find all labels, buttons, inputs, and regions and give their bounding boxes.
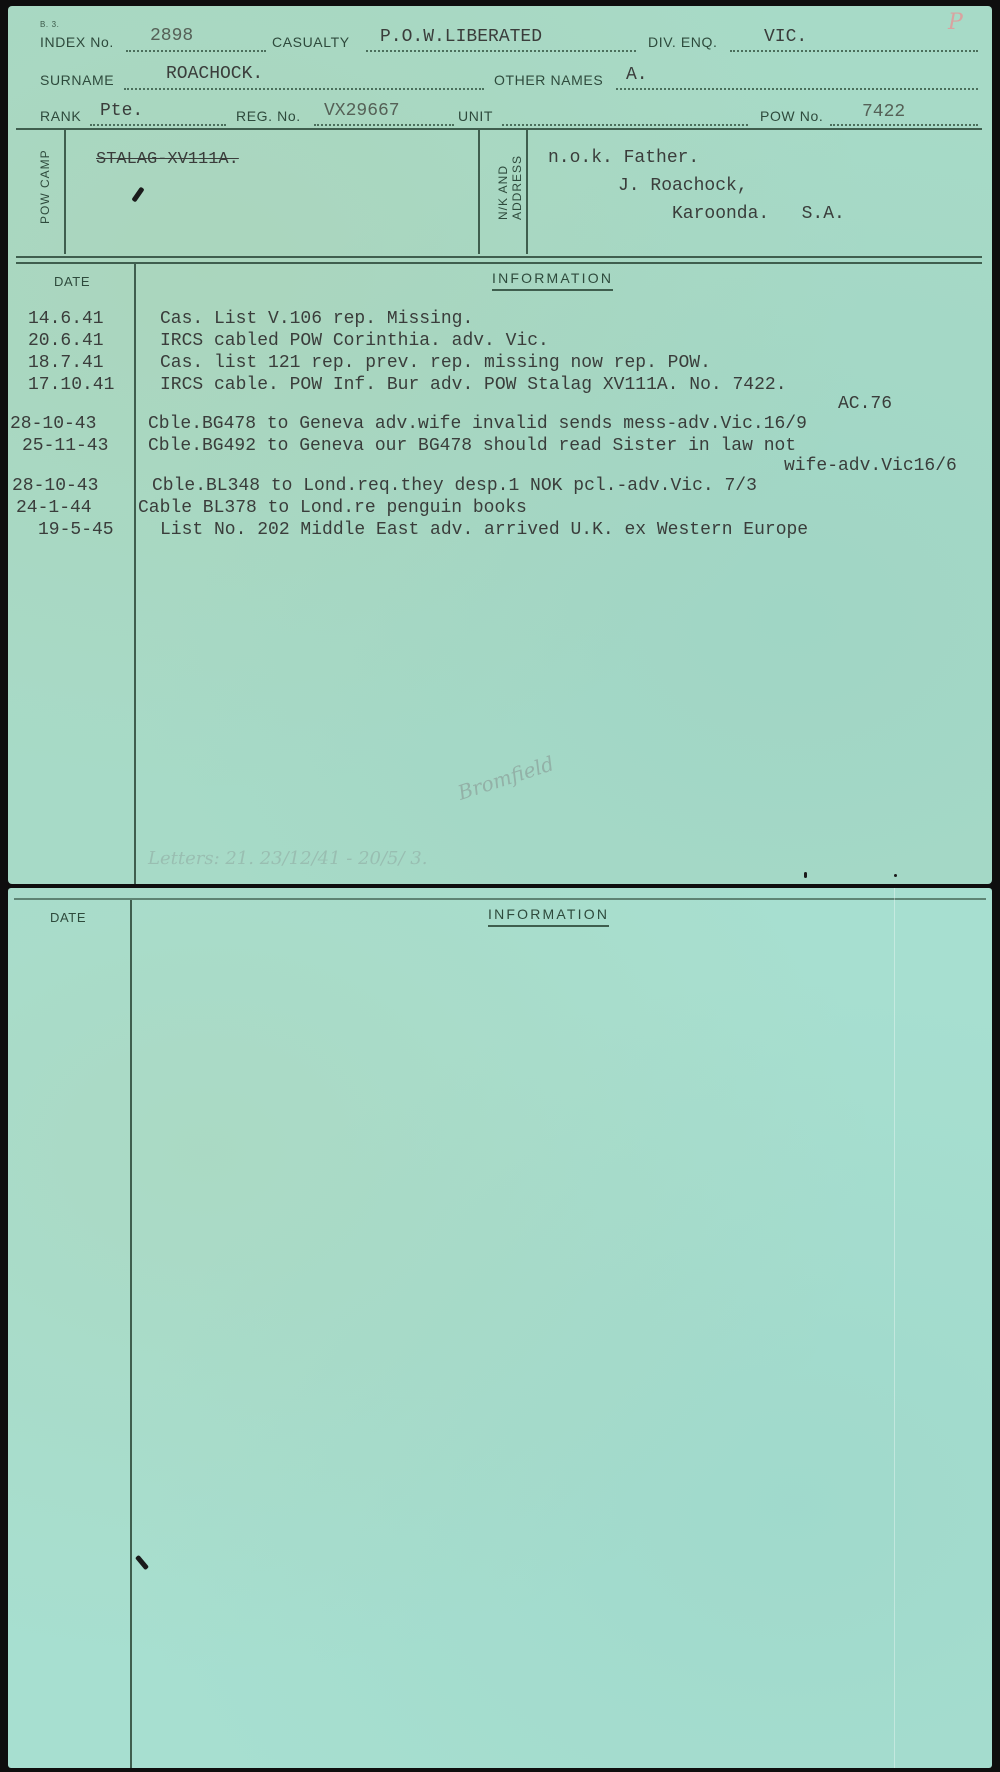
date-header: DATE — [50, 910, 86, 925]
row-date: 28-10-43 — [12, 476, 98, 496]
row-annotation: wife-adv.Vic16/6 — [784, 456, 957, 476]
row-information: List No. 202 Middle East adv. arrived U.… — [160, 520, 808, 540]
ink-mark — [135, 1555, 149, 1570]
row-information: Cble.BL348 to Lond.req.they desp.1 NOK p… — [152, 476, 757, 496]
date-column-divider — [130, 900, 132, 1768]
corner-pencil-mark: P — [948, 10, 963, 35]
index-no-value: 2898 — [150, 26, 193, 46]
row-annotation: AC.76 — [838, 394, 892, 414]
row-date: 24-1-44 — [16, 498, 92, 518]
information-header: INFORMATION — [488, 906, 609, 927]
casualty-value: P.O.W.LIBERATED — [380, 27, 542, 47]
pencil-letters-note: Letters: 21. 23/12/41 - 20/5/ 3. — [148, 848, 427, 869]
pow-camp-divider — [64, 130, 66, 254]
reg-no-label: REG. No. — [236, 108, 301, 124]
pow-no-dots — [830, 124, 978, 126]
surname-label: SURNAME — [40, 72, 114, 88]
nok-line-2: J. Roachock, — [618, 176, 748, 196]
rank-dots — [90, 124, 226, 126]
date-header: DATE — [54, 274, 90, 289]
row-information: Cable BL378 to Lond.re penguin books — [138, 498, 527, 518]
nok-divider — [526, 130, 528, 254]
pow-camp-label: POW CAMP — [38, 149, 52, 224]
row-information: IRCS cable. POW Inf. Bur adv. POW Stalag… — [160, 375, 787, 395]
paper-crease — [894, 888, 895, 1768]
row-information: IRCS cabled POW Corinthia. adv. Vic. — [160, 331, 549, 351]
row-date: 14.6.41 — [28, 309, 104, 329]
form-code: B. 3. — [40, 20, 59, 29]
row-date: 20.6.41 — [28, 331, 104, 351]
div-enq-value: VIC. — [764, 27, 807, 47]
row-information: Cble.BG492 to Geneva our BG478 should re… — [148, 436, 796, 456]
rank-label: RANK — [40, 108, 81, 124]
nok-label-line2: ADDRESS — [510, 155, 524, 220]
pow-camp-value: STALAG-XV111A. — [96, 150, 239, 169]
table-top-line-1 — [16, 256, 982, 258]
card2-top-line — [14, 898, 986, 900]
surname-value: ROACHOCK. — [166, 64, 263, 84]
pow-index-card-front: P B. 3. INDEX No. 2898 CASUALTY P.O.W.LI… — [8, 6, 992, 884]
index-no-dots — [126, 50, 266, 52]
row-date: 17.10.41 — [28, 375, 114, 395]
speck — [894, 874, 897, 877]
row-information: Cble.BG478 to Geneva adv.wife invalid se… — [148, 414, 807, 434]
row-information: Cas. list 121 rep. prev. rep. missing no… — [160, 353, 711, 373]
other-names-value: A. — [626, 65, 648, 85]
information-header: INFORMATION — [492, 270, 613, 291]
surname-dots — [124, 88, 484, 90]
other-names-dots — [616, 88, 978, 90]
row-date: 19-5-45 — [38, 520, 114, 540]
nok-line-3: Karoonda. S.A. — [672, 204, 845, 224]
speck — [804, 872, 807, 878]
index-no-label: INDEX No. — [40, 34, 114, 50]
table-top-line-2 — [16, 262, 982, 264]
nok-line-1: n.o.k. Father. — [548, 148, 699, 168]
ink-mark — [131, 187, 144, 203]
pow-no-label: POW No. — [760, 108, 823, 124]
nok-label-line1: N/K AND — [496, 165, 510, 220]
reg-no-value: VX29667 — [324, 101, 400, 121]
rank-value: Pte. — [100, 101, 143, 121]
pow-no-value: 7422 — [862, 102, 905, 122]
casualty-dots — [366, 50, 636, 52]
nok-left-divider — [478, 130, 480, 254]
row-date: 18.7.41 — [28, 353, 104, 373]
header-divider — [16, 128, 982, 130]
row-date: 28-10-43 — [10, 414, 96, 434]
reg-no-dots — [314, 124, 454, 126]
row-date: 25-11-43 — [22, 436, 108, 456]
other-names-label: OTHER NAMES — [494, 72, 603, 88]
div-enq-label: DIV. ENQ. — [648, 34, 717, 50]
pencil-signature: Bromfield — [455, 751, 557, 805]
row-information: Cas. List V.106 rep. Missing. — [160, 309, 473, 329]
unit-dots — [502, 124, 748, 126]
pow-index-card-back: DATE INFORMATION — [8, 888, 992, 1768]
date-column-divider — [134, 264, 136, 884]
div-enq-dots — [730, 50, 978, 52]
casualty-label: CASUALTY — [272, 34, 350, 50]
unit-label: UNIT — [458, 108, 493, 124]
